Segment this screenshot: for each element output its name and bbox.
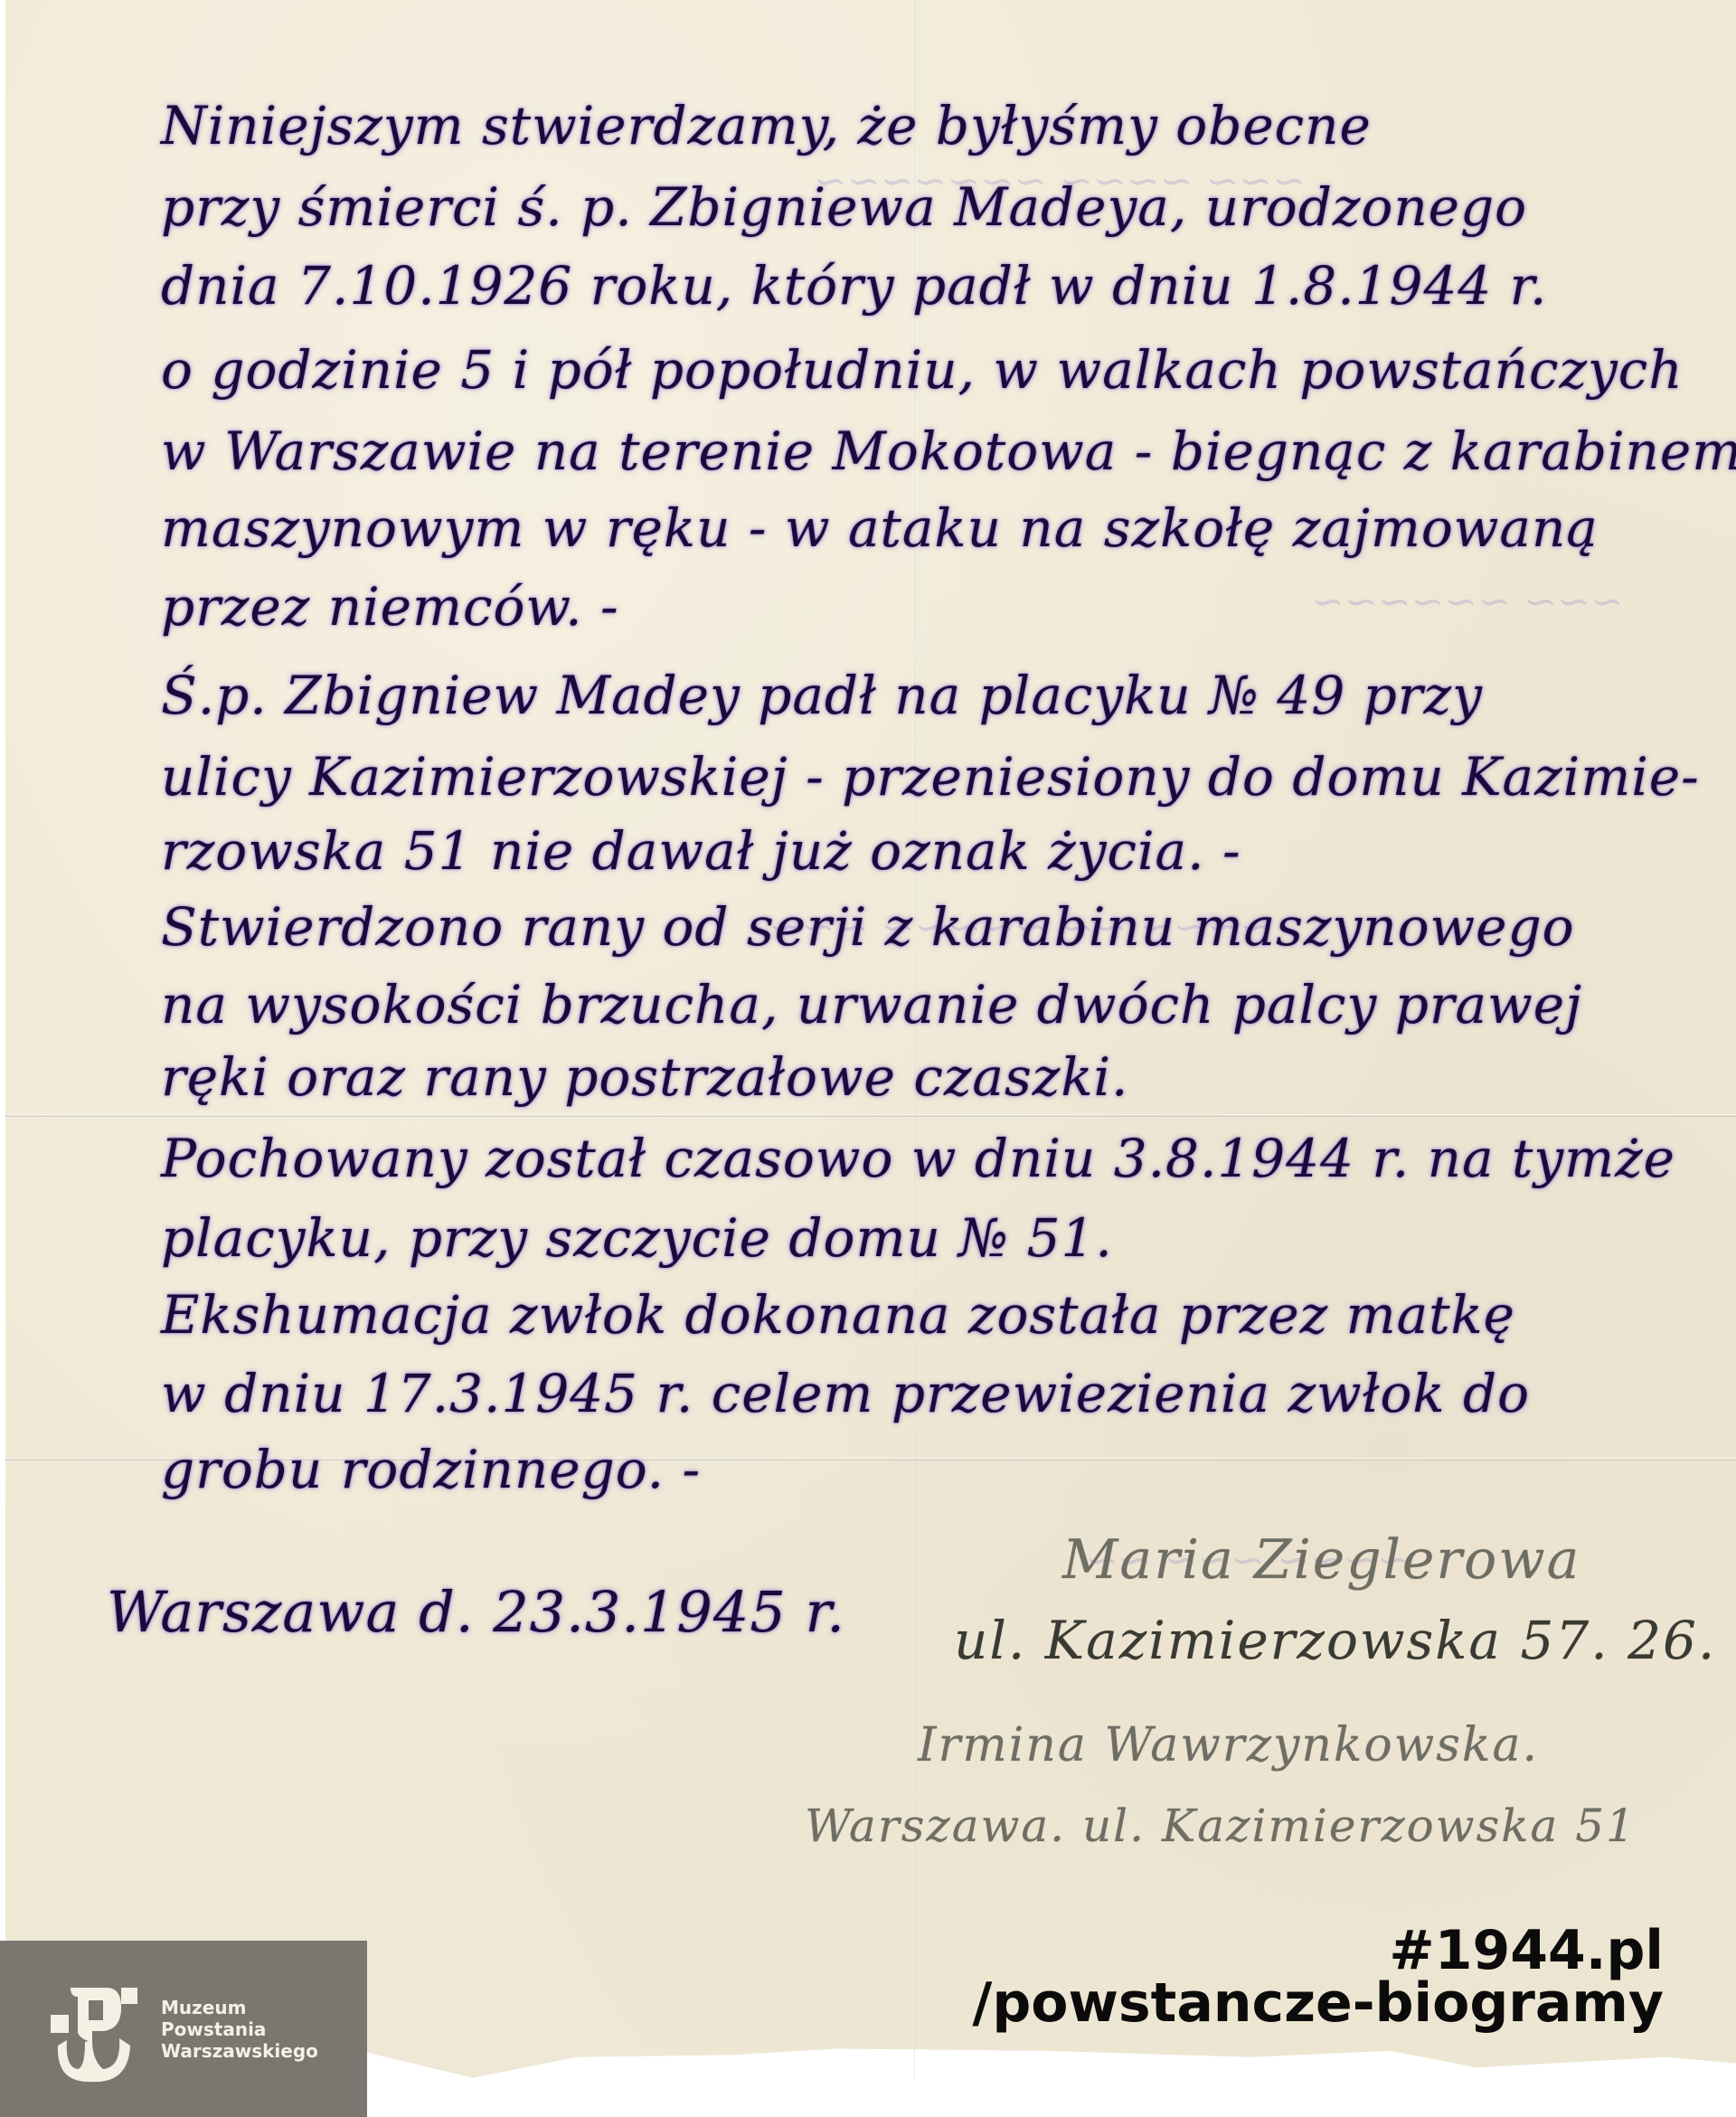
text-line: rzowska 51 nie dawał już oznak życia. - bbox=[161, 825, 1241, 877]
watermark-path: /powstancze-biogramy bbox=[972, 1971, 1664, 2035]
signature-address: ul. Kazimierzowska 57. 26. bbox=[954, 1610, 1716, 1671]
text-line: ręki oraz rany postrzałowe czaszki. bbox=[161, 1051, 1128, 1103]
polska-walczaca-anchor-icon bbox=[51, 1977, 141, 2085]
text-line: dnia 7.10.1926 roku, który padł w dniu 1… bbox=[161, 260, 1547, 312]
text-line: Niniejszym stwierdzamy, że byłyśmy obecn… bbox=[161, 99, 1372, 152]
text-line: Stwierdzono rany od serji z karabinu mas… bbox=[161, 901, 1575, 953]
text-line: przy śmierci ś. p. Zbigniewa Madeya, uro… bbox=[161, 181, 1527, 233]
text-line: przez niemców. - bbox=[161, 581, 619, 633]
signature-name: Maria Zieglerowa bbox=[1062, 1528, 1580, 1592]
museum-name-line: Warszawskiego bbox=[161, 2040, 318, 2062]
signature-name: Irmina Wawrzynkowska. bbox=[918, 1718, 1539, 1772]
text-line: maszynowym w ręku - w ataku na szkołę za… bbox=[161, 502, 1599, 554]
text-line: o godzinie 5 i pół popołudniu, w walkach… bbox=[161, 344, 1684, 396]
museum-name-line: Powstania bbox=[161, 2018, 318, 2040]
signature-address: Warszawa. ul. Kazimierzowska 51 bbox=[805, 1800, 1637, 1852]
place-date: Warszawa d. 23.3.1945 r. bbox=[107, 1584, 845, 1640]
text-line: w Warszawie na terenie Mokotowa - biegną… bbox=[161, 425, 1736, 477]
text-line: grobu rodzinnego. - bbox=[161, 1443, 701, 1496]
museum-logo: Muzeum Powstania Warszawskiego bbox=[0, 1941, 367, 2117]
paper-fold-horizontal bbox=[5, 1114, 1736, 1117]
museum-name-line: Muzeum bbox=[161, 1997, 318, 2018]
text-line: Ś.p. Zbigniew Madey padł na placyku № 49… bbox=[161, 669, 1483, 722]
museum-name: Muzeum Powstania Warszawskiego bbox=[161, 1997, 318, 2062]
text-line: Ekshumacja zwłok dokonana została przez … bbox=[161, 1289, 1515, 1341]
text-line: Pochowany został czasowo w dniu 3.8.1944… bbox=[161, 1132, 1675, 1185]
text-line: na wysokości brzucha, urwanie dwóch palc… bbox=[161, 978, 1582, 1031]
text-line: w dniu 17.3.1945 r. celem przewiezienia … bbox=[161, 1367, 1530, 1420]
text-line: placyku, przy szczycie domu № 51. bbox=[161, 1212, 1113, 1264]
text-line: ulicy Kazimierzowskiej - przeniesiony do… bbox=[161, 751, 1700, 803]
